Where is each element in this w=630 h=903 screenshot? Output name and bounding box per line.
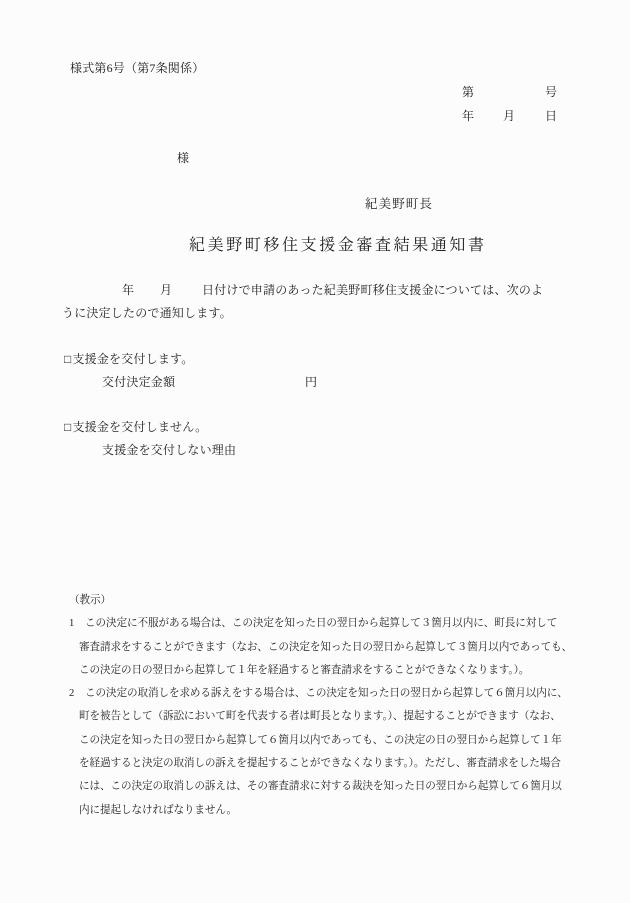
notice-item-1: 1この決定に不服がある場合は、この決定を知った日の翌日から起算して３箇月以内に、…	[69, 612, 581, 682]
issue-date-year-label: 年	[462, 109, 474, 124]
issue-date-month-label: 月	[503, 109, 515, 124]
notice-line: 内に提起しなければなりません。	[69, 799, 581, 822]
body-paragraph-line2: うに決定したので通知します。	[62, 306, 232, 321]
issue-date-row: 年 月 日	[462, 109, 558, 125]
application-date-month-label: 月	[160, 283, 172, 298]
document-page: 様式第6号（第7条関係） 第 号 年 月 日 様 紀美野町長 紀美野町移住支援金…	[0, 0, 630, 903]
notice-line: この決定を知った日の翌日から起算して６箇月以内であっても、この決定の日の翌日から…	[69, 729, 581, 752]
notice-item-2: 2この決定の取消しを求める訴えをする場合は、この決定を知った日の翌日から起算して…	[69, 682, 581, 822]
grant-amount-label: 交付決定金額	[102, 375, 175, 390]
notice-line: 1この決定に不服がある場合は、この決定を知った日の翌日から起算して３箇月以内に、…	[69, 612, 581, 635]
notice-line: 審査請求をすることができます（なお、この決定を知った日の翌日から起算して３箇月以…	[69, 636, 581, 659]
notice-item-number: 1	[69, 612, 85, 635]
grant-option-line: □支援金を交付します。	[64, 352, 194, 367]
rejection-option-line: □支援金を交付しません。	[64, 420, 207, 435]
grant-amount-unit-label: 円	[305, 375, 317, 390]
notice-line: この決定の日の翌日から起算して１年を経過すると審査請求をすることができなくなりま…	[69, 659, 581, 682]
form-number-label: 様式第6号（第7条関係）	[70, 61, 204, 76]
notice-heading: （教示）	[69, 589, 581, 612]
application-date-year-label: 年	[122, 283, 134, 298]
document-number-row: 第 号	[462, 85, 558, 101]
grant-option-label: 支援金を交付します。	[72, 352, 193, 366]
notice-section: （教示） 1この決定に不服がある場合は、この決定を知った日の翌日から起算して３箇…	[69, 589, 581, 822]
rejection-reason-label: 支援金を交付しない理由	[102, 443, 236, 458]
notice-line: 2この決定の取消しを求める訴えをする場合は、この決定を知った日の翌日から起算して…	[69, 682, 581, 705]
body-paragraph-line1-text: 日付けで申請のあった紀美野町移住支援金については、次のよ	[202, 283, 543, 298]
notice-line: 町を被告として（訴訟において町を代表する者は町長となります。）、提起することがで…	[69, 705, 581, 728]
document-number-suffix-label: 号	[545, 85, 557, 100]
sender-title-label: 紀美野町長	[365, 197, 433, 213]
notice-item-number: 2	[69, 682, 85, 705]
rejection-checkbox-icon: □	[64, 420, 71, 435]
notice-line: を経過すると決定の取消しの訴えを提起することができなくなります。）。ただし、審査…	[69, 752, 581, 775]
notice-line: には、この決定の取消しの訴えは、その審査請求に対する裁決を知った日の翌日から起算…	[69, 775, 581, 798]
document-number-prefix-label: 第	[462, 85, 474, 100]
grant-checkbox-icon: □	[64, 352, 71, 367]
rejection-option-label: 支援金を交付しません。	[72, 420, 207, 434]
issue-date-day-label: 日	[545, 109, 557, 124]
addressee-honorific-label: 様	[177, 151, 189, 166]
notice-line-text: この決定に不服がある場合は、この決定を知った日の翌日から起算して３箇月以内に、町…	[85, 618, 557, 629]
document-title: 紀美野町移住支援金審査結果通知書	[189, 236, 487, 256]
grant-amount-line: 交付決定金額 円	[102, 375, 402, 391]
body-paragraph-line1: 年 月 日付けで申請のあった紀美野町移住支援金については、次のよ	[62, 283, 572, 299]
notice-line-text: この決定の取消しを求める訴えをする場合は、この決定を知った日の翌日から起算して６…	[85, 688, 568, 699]
